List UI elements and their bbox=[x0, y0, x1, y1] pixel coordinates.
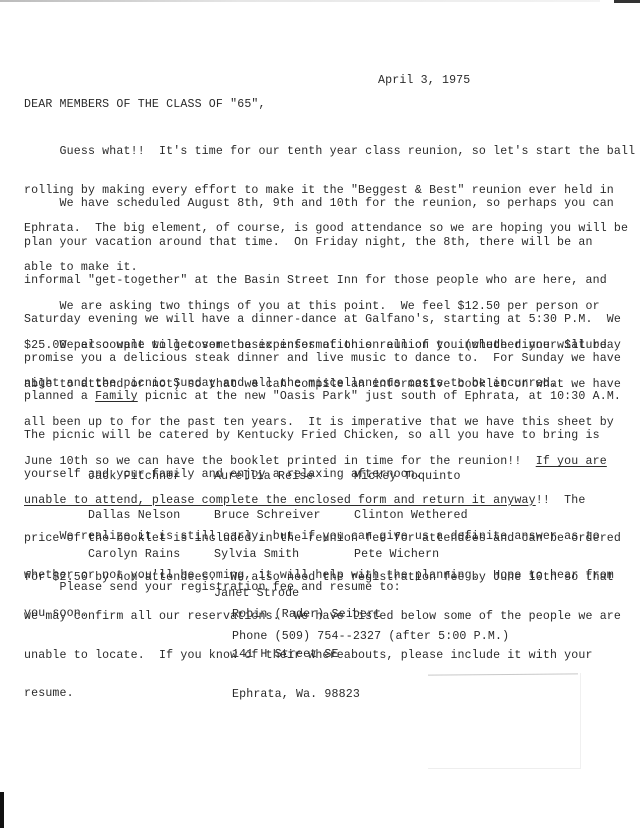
text-line: We are asking two things of you at this … bbox=[24, 301, 584, 314]
text-line: all been up to for the past ten years. I… bbox=[24, 417, 584, 430]
address-city: Ephrata, Wa. 98823 bbox=[232, 688, 381, 701]
text-line: We also want to get some basic informati… bbox=[24, 340, 584, 353]
text-line: able to attend or not) so that we can co… bbox=[24, 379, 584, 392]
scan-edge-mark bbox=[0, 792, 4, 828]
address-name: Robin (Rader) Seibert bbox=[232, 608, 381, 621]
mailing-address: Robin (Rader) Seibert 141 H Street SE Ep… bbox=[232, 582, 381, 714]
person-name: Jack Fitchner bbox=[88, 470, 180, 483]
salutation: DEAR MEMBERS OF THE CLASS OF "65", bbox=[24, 98, 266, 111]
scan-top-edge bbox=[0, 0, 600, 2]
address-street: 141 H Street SE bbox=[232, 648, 381, 661]
contact-phone: Phone (509) 754--2327 (after 5:00 P.M.) bbox=[232, 630, 509, 643]
text-line: Guess what!! It's time for our tenth yea… bbox=[24, 146, 584, 159]
letter-date: April 3, 1975 bbox=[378, 74, 470, 87]
underlined-request: If you are bbox=[536, 455, 607, 468]
text-line: We realize it is still early, but if you… bbox=[24, 531, 584, 544]
text-line: plan your vacation around that time. On … bbox=[24, 237, 584, 250]
scan-corner-mark bbox=[614, 0, 640, 3]
text-line: We have scheduled August 8th, 9th and 10… bbox=[24, 198, 584, 211]
person-name: Aurellia Reise bbox=[214, 470, 321, 483]
person-name: Mickey Toquinto bbox=[354, 470, 468, 483]
